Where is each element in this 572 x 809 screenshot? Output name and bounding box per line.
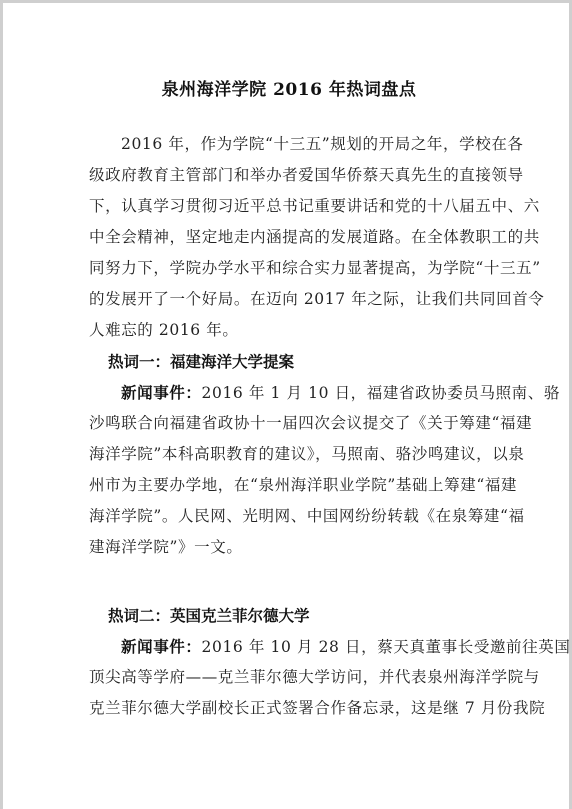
paragraph-spacer bbox=[89, 563, 491, 600]
text-line: 2016 年，作为学院“十三五”规划的开局之年，学校在各 bbox=[89, 129, 491, 160]
text-line: 建海洋学院”》一文。 bbox=[89, 532, 491, 563]
event-text: 2016 年 1 月 10 日，福建省政协委员马照南、骆 bbox=[202, 384, 560, 402]
intro-paragraph: 2016 年，作为学院“十三五”规划的开局之年，学校在各 级政府教育主管部门和举… bbox=[89, 129, 491, 346]
text-line: 中全会精神，坚定地走内涵提高的发展道路。在全体教职工的共 bbox=[89, 222, 491, 253]
text-line: 海洋学院”本科高职教育的建议》，马照南、骆沙鸣建议，以泉 bbox=[89, 439, 491, 470]
text-line: 级政府教育主管部门和举办者爱国华侨蔡天真先生的直接领导 bbox=[89, 160, 491, 191]
section-heading: 热词一：福建海洋大学提案 bbox=[89, 346, 491, 377]
section-heading: 热词二：英国克兰菲尔德大学 bbox=[89, 600, 491, 631]
text-line: 海洋学院”。人民网、光明网、中国网纷纷转载《在泉筹建“福 bbox=[89, 501, 491, 532]
document-title: 泉州海洋学院 2016 年热词盘点 bbox=[3, 75, 572, 100]
document-body: 2016 年，作为学院“十三五”规划的开局之年，学校在各 级政府教育主管部门和举… bbox=[89, 129, 491, 724]
event-first-line: 新闻事件：2016 年 10 月 28 日，蔡天真董事长受邀前往英国 bbox=[89, 631, 491, 662]
event-first-line: 新闻事件：2016 年 1 月 10 日，福建省政协委员马照南、骆 bbox=[89, 377, 491, 408]
document-page: 泉州海洋学院 2016 年热词盘点 2016 年，作为学院“十三五”规划的开局之… bbox=[0, 0, 572, 809]
text-line: 人难忘的 2016 年。 bbox=[89, 315, 491, 346]
section-hotword-2: 热词二：英国克兰菲尔德大学 新闻事件：2016 年 10 月 28 日，蔡天真董… bbox=[89, 600, 491, 724]
text-line: 顶尖高等学府——克兰菲尔德大学访问，并代表泉州海洋学院与 bbox=[89, 662, 491, 693]
text-line: 下，认真学习贯彻习近平总书记重要讲话和党的十八届五中、六 bbox=[89, 191, 491, 222]
event-text: 2016 年 10 月 28 日，蔡天真董事长受邀前往英国 bbox=[202, 638, 571, 656]
text-line: 沙鸣联合向福建省政协十一届四次会议提交了《关于筹建“福建 bbox=[89, 408, 491, 439]
text-line: 克兰菲尔德大学副校长正式签署合作备忘录，这是继 7 月份我院 bbox=[89, 693, 491, 724]
section-hotword-1: 热词一：福建海洋大学提案 新闻事件：2016 年 1 月 10 日，福建省政协委… bbox=[89, 346, 491, 563]
event-label: 新闻事件： bbox=[121, 637, 202, 656]
text-line: 同努力下，学院办学水平和综合实力显著提高，为学院“十三五” bbox=[89, 253, 491, 284]
event-label: 新闻事件： bbox=[121, 383, 202, 402]
text-line: 的发展开了一个好局。在迈向 2017 年之际，让我们共同回首令 bbox=[89, 284, 491, 315]
text-line: 州市为主要办学地，在“泉州海洋职业学院”基础上筹建“福建 bbox=[89, 470, 491, 501]
